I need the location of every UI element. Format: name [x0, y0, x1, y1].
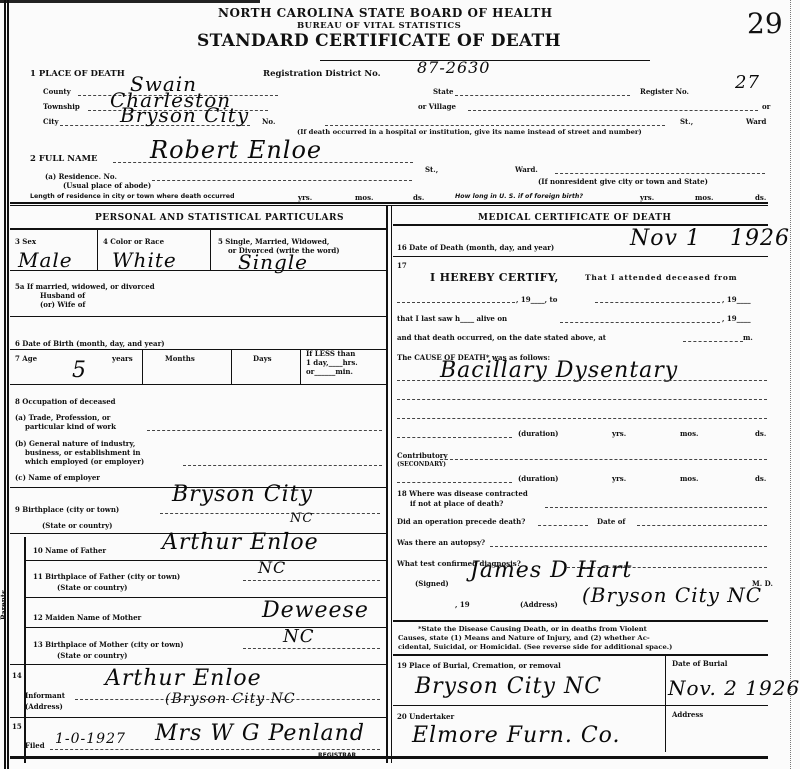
section-rule-top-2: [10, 205, 768, 206]
county-label: County: [43, 88, 71, 95]
birthplace-line: [160, 513, 380, 514]
personal-section-title: PERSONAL AND STATISTICAL PARTICULARS: [95, 214, 344, 223]
village-label: or Village: [418, 103, 456, 110]
city-no-label: No.: [262, 118, 275, 125]
filed-number: 15: [12, 723, 22, 730]
row-rule-17: [393, 256, 768, 257]
section-rule-top: [10, 202, 768, 204]
register-no-label: Register No.: [640, 88, 689, 95]
burial-place-value: Bryson City NC: [415, 676, 602, 698]
parents-bracket: [24, 537, 26, 763]
sex-value: Male: [18, 250, 73, 270]
duration-2-mos: mos.: [680, 475, 698, 482]
age-divider-2: [231, 349, 232, 384]
occ-a-line: [147, 430, 382, 431]
address-value: (Bryson City NC: [582, 585, 762, 605]
mother-bp-line: [243, 648, 380, 649]
ward-line: [555, 173, 765, 174]
bureau-title: BUREAU OF VITAL STATISTICS: [297, 22, 461, 31]
undertaker-value: Elmore Furn. Co.: [412, 725, 621, 747]
contributory-line: [440, 459, 767, 460]
filed-label: Filed: [25, 742, 45, 749]
occ-b-line: [183, 465, 382, 466]
agency-title: NORTH CAROLINA STATE BOARD OF HEALTH: [218, 7, 553, 19]
contributory-label: Contributory: [397, 452, 448, 459]
attended-19a: , 19____, to: [516, 296, 557, 303]
death-date-label: 16 Date of Death (month, day, and year): [397, 244, 554, 251]
registration-district-label: Registration District No.: [263, 70, 381, 79]
marital-value: Single: [238, 252, 308, 272]
signed-value: James D Hart: [470, 560, 632, 582]
column-divider-2: [391, 205, 392, 763]
duration-1-ds: ds.: [755, 430, 766, 437]
duration-1-line: [397, 437, 512, 438]
medical-section-title: MEDICAL CERTIFICATE OF DEATH: [478, 214, 671, 223]
mother-bp-value: NC: [283, 628, 315, 646]
state-line: [455, 95, 630, 96]
parents-side-label: Parents: [0, 590, 7, 620]
length-mos-label: mos.: [355, 194, 373, 201]
left-border: [4, 0, 9, 769]
autopsy-label: Was there an autopsy?: [397, 539, 485, 546]
village-line: [468, 110, 758, 111]
burial-date-label: Date of Burial: [672, 660, 727, 667]
personal-title-rule: [10, 228, 386, 230]
residence-ward-label: Ward.: [515, 166, 538, 173]
nonresident-note: (If nonresident give city or town and St…: [538, 178, 708, 185]
foreign-birth-label: How long in U. S. if of foreign birth?: [455, 194, 583, 200]
spouse-label-3: (or) Wife of: [40, 301, 85, 308]
age-months-label: Months: [165, 355, 195, 362]
year-prefix: , 19: [455, 601, 470, 608]
age-value: 5: [72, 360, 87, 382]
date-of-label: Date of: [597, 518, 625, 525]
signed-label: (Signed): [415, 580, 449, 587]
footnote-line-1: *State the Disease Causing Death, or in …: [418, 626, 647, 633]
mother-bp-sub: (State or country): [57, 652, 127, 659]
burial-rule: [393, 654, 768, 656]
cause-line-1: [397, 380, 767, 381]
spouse-label-2: Husband of: [40, 292, 85, 299]
age-years-label: years: [112, 355, 133, 362]
foreign-mos-label: mos.: [695, 194, 713, 201]
cause-line-3: [397, 418, 767, 419]
register-no-value: 27: [735, 74, 760, 92]
city-value: Bryson City: [120, 105, 249, 125]
operation-line: [538, 525, 588, 526]
bottom-rule: [10, 756, 768, 759]
row-rule-8: [10, 384, 386, 385]
last-saw-label: that I last saw h____ alive on: [397, 315, 507, 322]
occ-c: (c) Name of employer: [15, 474, 100, 481]
father-value: Arthur Enloe: [162, 532, 319, 554]
duration-1-mos: mos.: [680, 430, 698, 437]
city-ward-label: Ward: [746, 118, 766, 125]
birthplace-state-label: (State or country): [42, 522, 112, 529]
death-certificate: NORTH CAROLINA STATE BOARD OF HEALTH BUR…: [0, 0, 800, 769]
father-label: 10 Name of Father: [33, 547, 106, 554]
duration-2-yrs: yrs.: [612, 475, 626, 482]
foreign-yrs-label: yrs.: [640, 194, 654, 201]
informant-address-value: (Bryson City NC: [165, 692, 296, 706]
contracted-label-1: 18 Where was disease contracted: [397, 490, 528, 497]
secondary-label: (SECONDARY): [397, 462, 446, 468]
registration-district-value: 87-2630: [417, 60, 490, 76]
age-days-label: Days: [253, 355, 272, 362]
row-rule-13: [26, 627, 386, 628]
contracted-label-2: if not at place of death?: [410, 500, 503, 507]
informant-address-label: (Address): [25, 703, 63, 710]
death-date-value: Nov 1: [630, 228, 701, 250]
less-than-2: 1 day,____hrs.: [306, 359, 358, 366]
cause-value: Bacillary Dysentary: [440, 360, 678, 382]
cause-line-2: [397, 399, 767, 400]
footnote-rule: [393, 620, 768, 622]
father-bp-label: 11 Birthplace of Father (city or town): [33, 573, 180, 580]
occ-b-1: (b) General nature of industry,: [15, 440, 135, 447]
burial-divider: [665, 656, 666, 752]
footnote-line-3: cidental, Suicidal, or Homicidal. (See r…: [398, 644, 672, 651]
place-of-death-label: 1 PLACE OF DEATH: [30, 70, 125, 79]
autopsy-line: [490, 546, 767, 547]
death-occurred-label: and that death occurred, on the date sta…: [397, 334, 606, 341]
city-st-label: St.,: [680, 118, 693, 125]
father-bp-sub: (State or country): [57, 584, 127, 591]
row-rule-14: [10, 664, 386, 665]
filed-line: [50, 749, 380, 750]
state-label: State: [433, 88, 454, 95]
burial-place-label: 19 Place of Burial, Cremation, or remova…: [397, 662, 561, 669]
burial-date-value: Nov. 2 1926: [668, 678, 800, 698]
residence-label: (a) Residence. No.: [45, 173, 117, 180]
spouse-label-1: 5a If married, widowed, or divorced: [15, 283, 155, 290]
item-17-number: 17: [397, 262, 407, 269]
father-bp-line: [243, 580, 380, 581]
sex-label: 3 Sex: [15, 238, 36, 245]
sex-divider: [97, 228, 98, 270]
residence-sub: (Usual place of abode): [63, 182, 151, 189]
dob-label: 6 Date of Birth (month, day, and year): [15, 340, 165, 347]
informant-label: Informant: [25, 692, 65, 699]
full-name-label: 2 FULL NAME: [30, 155, 98, 164]
informant-number: 14: [12, 672, 22, 679]
last-saw-line: [560, 322, 720, 323]
age-label: 7 Age: [15, 355, 37, 362]
birthplace-label: 9 Birthplace (city or town): [15, 506, 119, 513]
street-line: [325, 125, 665, 126]
footnote-line-2: Causes, state (1) Means and Nature of In…: [398, 635, 650, 642]
age-divider-1: [142, 349, 143, 384]
duration-1-yrs: yrs.: [612, 430, 626, 437]
foreign-ds-label: ds.: [755, 194, 766, 201]
occ-b-2: business, or establishment in: [25, 449, 140, 456]
hospital-note: (If death occurred in a hospital or inst…: [297, 129, 642, 136]
duration-1-label: (duration): [518, 430, 558, 437]
operation-label: Did an operation precede death?: [397, 518, 525, 525]
township-label: Township: [43, 103, 80, 110]
occ-a-2: particular kind of work: [25, 423, 116, 430]
column-divider: [386, 205, 388, 763]
filed-date: 1-0-1927: [55, 732, 126, 746]
last-saw-19: , 19____: [722, 315, 751, 322]
page-title: STANDARD CERTIFICATE OF DEATH: [197, 33, 561, 50]
or-label: or: [762, 103, 770, 110]
occ-a-1: (a) Trade, Profession, or: [15, 414, 110, 421]
attended-19b: , 19____: [722, 296, 751, 303]
row-rule-15: [10, 717, 386, 718]
undertaker-address-label: Address: [672, 711, 703, 718]
registrar-value: Mrs W G Penland: [155, 723, 365, 745]
less-than-1: If LESS than: [306, 350, 355, 357]
date-of-line: [637, 525, 767, 526]
top-edge: [0, 0, 260, 3]
address-label: (Address): [520, 601, 558, 608]
length-ds-label: ds.: [413, 194, 424, 201]
less-than-3: or______min.: [306, 368, 353, 375]
right-edge: [790, 0, 793, 769]
duration-2-ds: ds.: [755, 475, 766, 482]
death-time-line: [683, 341, 743, 342]
undertaker-rule: [393, 705, 768, 706]
duration-2-label: (duration): [518, 475, 558, 482]
marital-label-1: 5 Single, Married, Widowed,: [218, 238, 329, 245]
mother-value: Deweese: [262, 600, 369, 622]
attended-to-line: [595, 302, 720, 303]
undertaker-label: 20 Undertaker: [397, 713, 454, 720]
occupation-label: 8 Occupation of deceased: [15, 398, 116, 405]
death-time-m: m.: [743, 334, 753, 341]
race-divider: [210, 228, 211, 270]
birthplace-value: Bryson City: [172, 484, 313, 506]
row-rule-6: [10, 316, 386, 317]
informant-value: Arthur Enloe: [105, 668, 262, 690]
father-bp-value: NC: [258, 560, 286, 576]
row-rule-5a: [10, 270, 386, 271]
certify-text: That I attended deceased from: [585, 274, 737, 282]
residence-st-label: St.,: [425, 166, 438, 173]
length-residence-label: Length of residence in city or town wher…: [30, 194, 235, 200]
certify-heading: I HEREBY CERTIFY,: [430, 272, 559, 283]
city-label: City: [43, 118, 59, 125]
full-name-value: Robert Enloe: [150, 138, 322, 162]
death-year-value: 1926: [730, 228, 790, 250]
medical-title-rule: [393, 224, 768, 226]
race-label: 4 Color or Race: [103, 238, 164, 245]
mother-bp-label: 13 Birthplace of Mother (city or town): [33, 641, 184, 648]
age-divider-3: [300, 349, 301, 384]
birthplace-state-value: NC: [290, 512, 313, 525]
attended-from-line: [397, 302, 515, 303]
mother-label: 12 Maiden Name of Mother: [33, 614, 141, 621]
contracted-line: [545, 507, 767, 508]
row-rule-11: [26, 560, 386, 561]
residence-line: [152, 180, 412, 181]
occ-b-3: which employed (or employer): [25, 458, 144, 465]
duration-2-line: [397, 482, 512, 483]
race-value: White: [112, 250, 177, 270]
page-number: 29: [747, 10, 783, 38]
length-yrs-label: yrs.: [298, 194, 312, 201]
